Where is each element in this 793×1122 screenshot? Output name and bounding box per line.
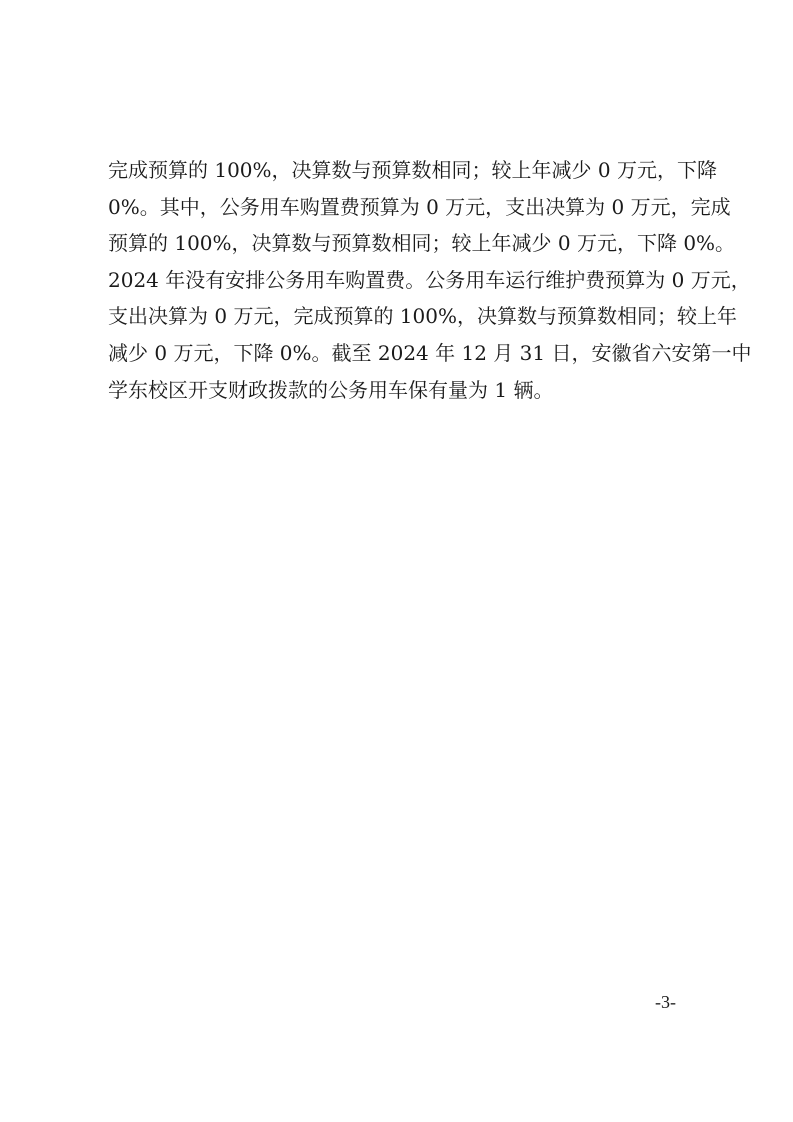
text-line: 预算的 100%，决算数与预算数相同；较上年减少 0 万元，下降 0%。 <box>108 225 693 262</box>
text-line: 2024 年没有安排公务用车购置费。公务用车运行维护费预算为 0 万元， <box>108 262 693 299</box>
text-line: 完成预算的 100%，决算数与预算数相同；较上年减少 0 万元，下降 <box>108 152 693 189</box>
text-line: 减少 0 万元，下降 0%。截至 2024 年 12 月 31 日，安徽省六安第… <box>108 335 693 372</box>
page-number: -3- <box>655 992 676 1013</box>
text-line: 0%。其中，公务用车购置费预算为 0 万元，支出决算为 0 万元，完成 <box>108 189 693 226</box>
text-line: 支出决算为 0 万元，完成预算的 100%，决算数与预算数相同；较上年 <box>108 298 693 335</box>
document-page: 完成预算的 100%，决算数与预算数相同；较上年减少 0 万元，下降 0%。其中… <box>0 0 793 1122</box>
body-paragraph: 完成预算的 100%，决算数与预算数相同；较上年减少 0 万元，下降 0%。其中… <box>108 152 693 408</box>
text-line: 学东校区开支财政拨款的公务用车保有量为 1 辆。 <box>108 372 693 409</box>
